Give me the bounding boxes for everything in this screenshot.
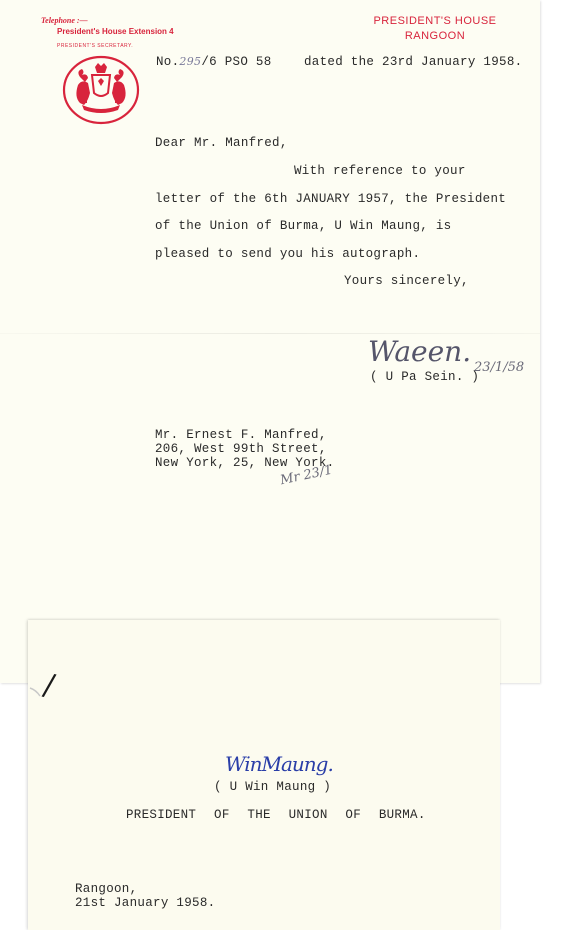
body-line-2: letter of the 6th JANUARY 1957, the Pres…: [155, 192, 506, 206]
body-line-3: of the Union of Burma, U Win Maung, is: [155, 219, 451, 233]
ref-suffix: /6 PSO 58: [201, 55, 271, 69]
ref-handwritten: 295: [179, 55, 201, 68]
president-title: PRESIDENT OF THE UNION OF BURMA.: [126, 808, 426, 822]
reference-number: No.295/6 PSO 58: [156, 55, 272, 69]
letterhead-address: PRESIDENT'S HOUSE RANGOON: [360, 14, 510, 44]
handwritten-signature: Waeen.: [368, 335, 471, 368]
autograph-card: / WinMaung. ( U Win Maung ) PRESIDENT OF…: [28, 620, 500, 930]
card-date: 21st January 1958.: [75, 896, 215, 910]
ref-prefix: No.: [156, 55, 179, 69]
telephone-extension: President's House Extension 4: [57, 27, 174, 36]
signatory-name: ( U Pa Sein. ): [370, 370, 479, 384]
signature-date-annotation: 23/1/58: [474, 360, 524, 375]
telephone-label: Telephone :—: [41, 16, 88, 25]
president-name: ( U Win Maung ): [214, 780, 331, 794]
letter-date: dated the 23rd January 1958.: [304, 55, 522, 69]
crest-icon: [62, 55, 140, 125]
letter-sheet: Telephone :— President's House Extension…: [0, 0, 540, 683]
secretary-label: PRESIDENT'S SECRETARY.: [57, 43, 133, 49]
body-line-4: pleased to send you his autograph.: [155, 247, 420, 261]
check-mark-icon: /: [40, 667, 57, 703]
closing: Yours sincerely,: [344, 274, 469, 288]
card-place: Rangoon,: [75, 882, 137, 896]
fold-line: [0, 333, 540, 334]
address-line-1: PRESIDENT'S HOUSE: [360, 14, 510, 29]
body-line-1: With reference to your: [294, 164, 466, 178]
recipient-line-1: Mr. Ernest F. Manfred,: [155, 428, 327, 442]
recipient-line-2: 206, West 99th Street,: [155, 442, 327, 456]
president-signature: WinMaung.: [225, 752, 333, 776]
address-line-2: RANGOON: [360, 29, 510, 44]
salutation: Dear Mr. Manfred,: [155, 136, 288, 150]
